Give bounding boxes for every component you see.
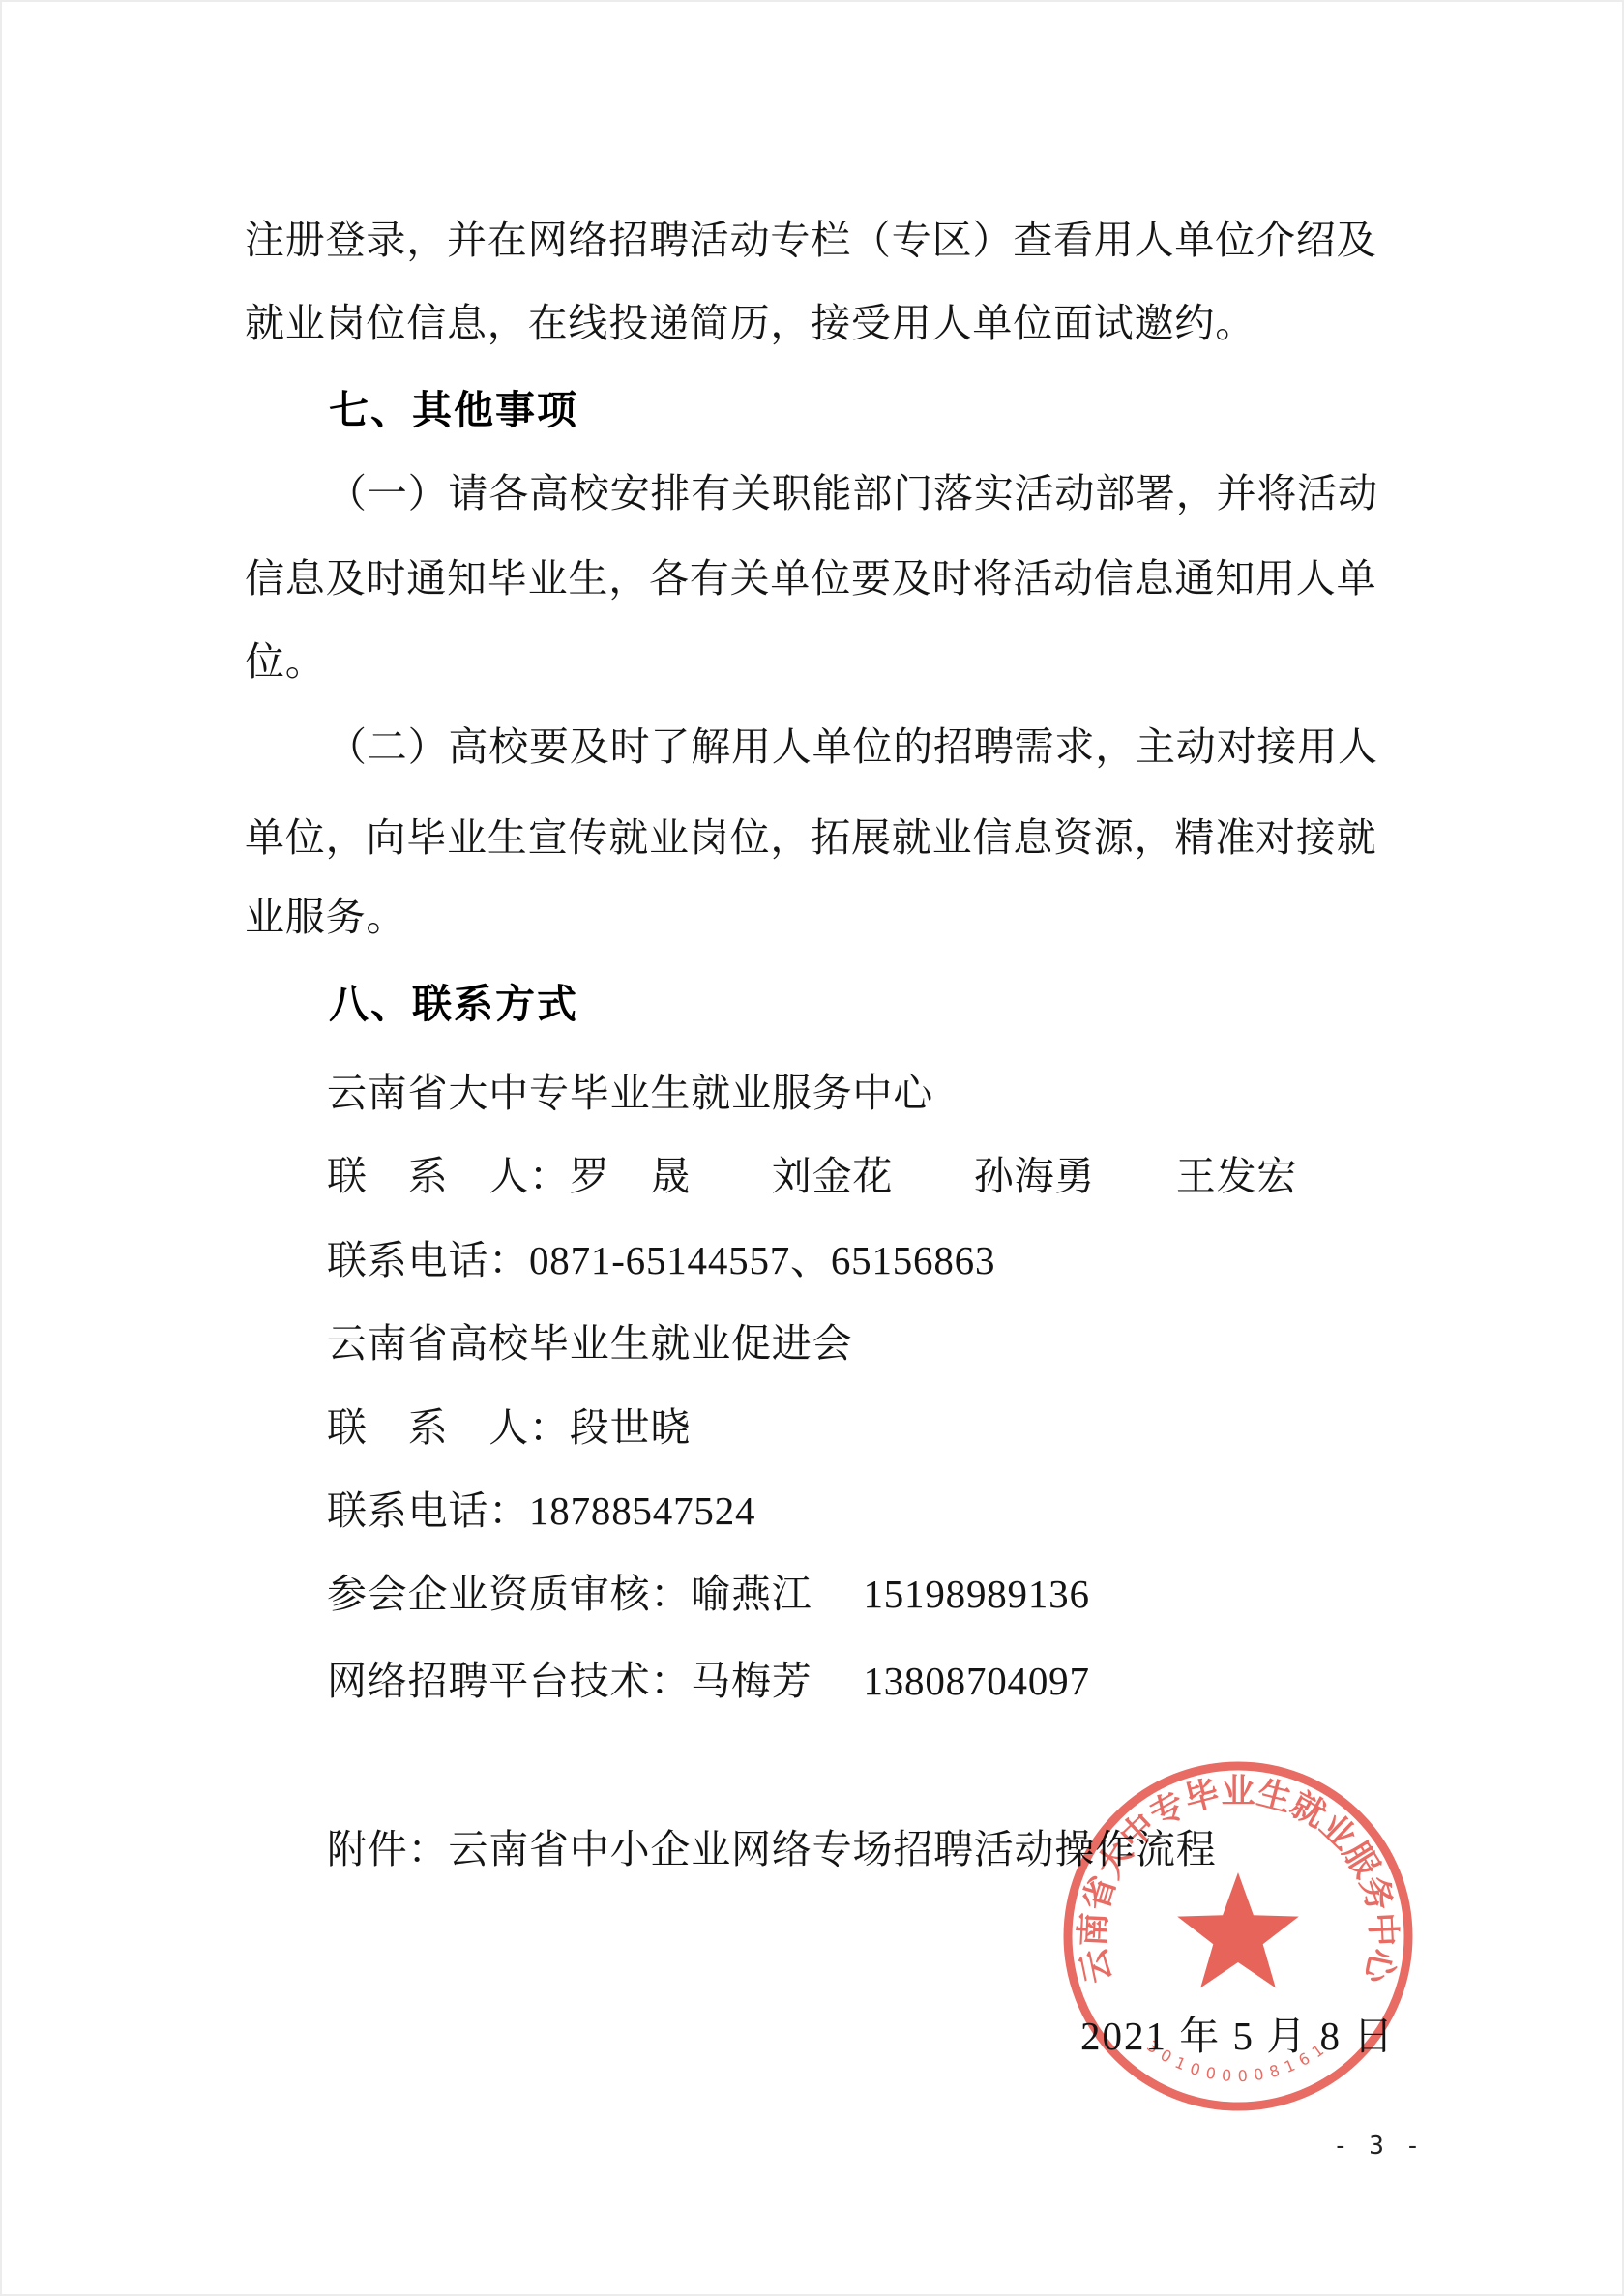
body-line: 就业岗位信息，在线投递简历，接受用人单位面试邀约。 — [245, 302, 1255, 346]
contact-phone-line: 联系电话：18788547524 — [327, 1489, 755, 1534]
body-line: 单位，向毕业生宣传就业岗位，拓展就业信息资源，精准对接就 — [245, 816, 1376, 861]
official-seal: 云南省大中专毕业生就业服务中心 301000008161 — [1054, 1752, 1422, 2120]
section-heading-8: 八、联系方式 — [329, 983, 578, 1027]
body-line: （二）高校要及时了解用人单位的招聘需求，主动对接用人 — [327, 725, 1378, 770]
body-line: 业服务。 — [245, 896, 406, 940]
contact-org-line: 云南省高校毕业生就业促进会 — [327, 1322, 852, 1367]
contact-person-line: 联 系 人：罗 晟 刘金花 孙海勇 王发宏 — [327, 1155, 1297, 1199]
document-page: 注册登录，并在网络招聘活动专栏（专区）查看用人单位介绍及 就业岗位信息，在线投递… — [0, 0, 1624, 2296]
body-line: 注册登录，并在网络招聘活动专栏（专区）查看用人单位介绍及 — [245, 219, 1376, 263]
contact-phone-line: 联系电话：0871-65144557、65156863 — [327, 1239, 995, 1283]
body-line: （一）请各高校安排有关职能部门落实活动部署，并将活动 — [327, 472, 1378, 516]
contact-tech-line: 网络招聘平台技术：马梅芳 13808704097 — [327, 1660, 1090, 1704]
body-line: 位。 — [245, 640, 326, 685]
body-line: 信息及时通知毕业生，各有关单位要及时将活动信息通知用人单 — [245, 557, 1376, 602]
page-number: - 3 - — [1333, 2132, 1423, 2161]
issue-date: 2021 年 5 月 8 日 — [1080, 2004, 1395, 2061]
contact-org-line: 云南省大中专毕业生就业服务中心 — [327, 1072, 933, 1116]
contact-review-line: 参会企业资质审核：喻燕江 15198989136 — [327, 1573, 1090, 1617]
star-icon — [1177, 1872, 1299, 1987]
section-heading-7: 七、其他事项 — [329, 389, 578, 433]
contact-person-line: 联 系 人：段世晓 — [327, 1406, 691, 1451]
